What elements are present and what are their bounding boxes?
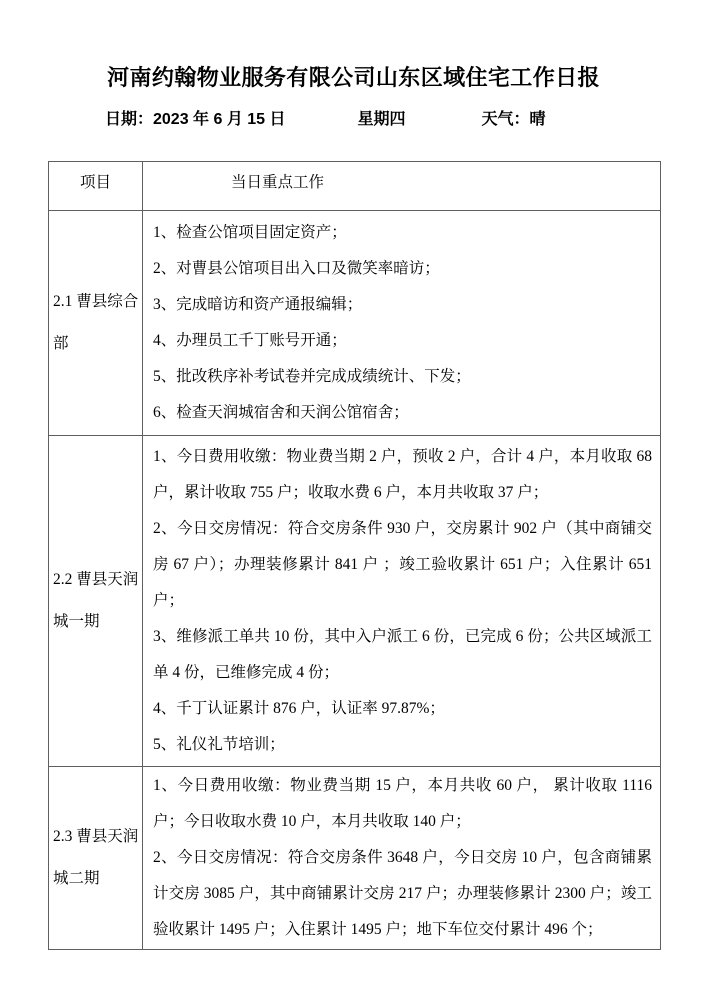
daily-report-table: 项目 当日重点工作 2.1 曹县综合部 1、检查公馆项目固定资产； 2、对曹县公… [48,161,661,950]
work-items-cell: 1、今日费用收缴：物业费当期 15 户，本月共收 60 户， 累计收取 1116… [143,767,661,950]
weekday-label: 星期四 [358,109,406,131]
weather-label: 天气：晴 [482,109,546,131]
table-header-row: 项目 当日重点工作 [49,162,661,211]
work-item: 3、完成暗访和资产通报编辑； [153,287,652,323]
work-item: 4、千丁认证累计 876 户，认证率 97.87%； [153,691,652,727]
work-item: 5、批改秩序补考试卷并完成成绩统计、下发； [153,359,652,395]
work-items-cell: 1、检查公馆项目固定资产； 2、对曹县公馆项目出入口及微笑率暗访； 3、完成暗访… [143,211,661,436]
work-item: 5、礼仪礼节培训； [153,727,652,763]
date-line: 日期：2023 年 6 月 15 日 星期四 天气：晴 [105,109,707,131]
project-cell: 2.2 曹县天润城一期 [49,436,143,767]
work-item: 3、维修派工单共 10 份，其中入户派工 6 份，已完成 6 份；公共区域派工单… [153,619,652,691]
work-items-cell: 1、今日费用收缴：物业费当期 2 户，预收 2 户，合计 4 户，本月收取 68… [143,436,661,767]
table-row-caoxian-general-dept: 2.1 曹县综合部 1、检查公馆项目固定资产； 2、对曹县公馆项目出入口及微笑率… [49,211,661,436]
work-item: 4、办理员工千丁账号开通； [153,323,652,359]
work-item: 1、今日费用收缴：物业费当期 2 户，预收 2 户，合计 4 户，本月收取 68… [153,439,652,511]
work-item: 2、对曹县公馆项目出入口及微笑率暗访； [153,251,652,287]
column-header-work: 当日重点工作 [143,162,661,211]
work-item: 6、检查天润城宿舍和天润公馆宿舍； [153,395,652,431]
table-row-tianruncheng-phase2: 2.3 曹县天润城二期 1、今日费用收缴：物业费当期 15 户，本月共收 60 … [49,767,661,950]
document-page: 河南约翰物业服务有限公司山东区域住宅工作日报 日期：2023 年 6 月 15 … [0,0,707,999]
table-row-tianruncheng-phase1: 2.2 曹县天润城一期 1、今日费用收缴：物业费当期 2 户，预收 2 户，合计… [49,436,661,767]
column-header-project: 项目 [49,162,143,211]
work-item: 2、今日交房情况：符合交房条件 930 户，交房累计 902 户（其中商铺交房 … [153,511,652,619]
work-item: 1、今日费用收缴：物业费当期 15 户，本月共收 60 户， 累计收取 1116… [153,768,652,840]
project-cell: 2.3 曹县天润城二期 [49,767,143,950]
page-title: 河南约翰物业服务有限公司山东区域住宅工作日报 [0,0,707,92]
date-label: 日期：2023 年 6 月 15 日 [105,109,286,131]
project-cell: 2.1 曹县综合部 [49,211,143,436]
work-item: 1、检查公馆项目固定资产； [153,215,652,251]
work-item: 2、今日交房情况：符合交房条件 3648 户，今日交房 10 户，包含商铺累计交… [153,840,652,948]
